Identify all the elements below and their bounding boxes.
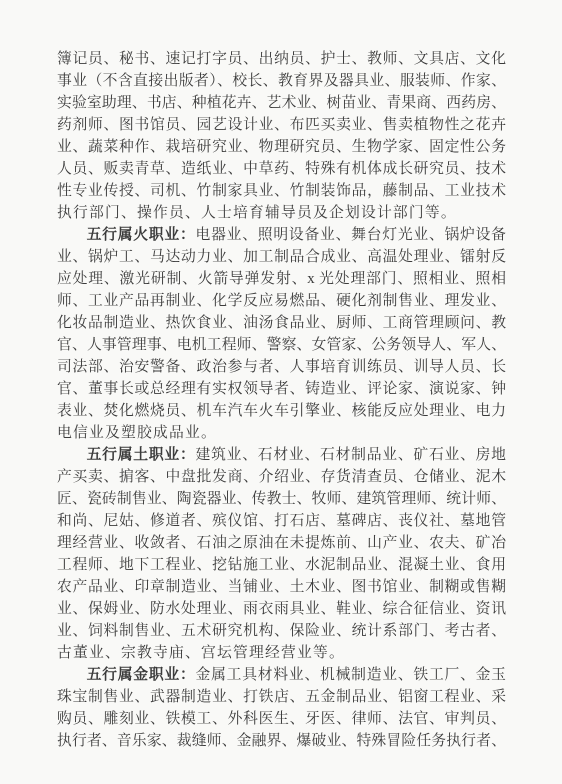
text-line: 理经营业、收敛者、石油之原油在未提炼前、山产业、农夫、矿冶 — [57, 532, 506, 554]
text-line: 业、饲料制售业、五术研究机构、保险业、统计系部门、考古者、 — [57, 620, 506, 642]
line-text: 购员、雕刻业、铁模工、外科医生、牙医、律师、法官、审判员、 — [57, 711, 506, 727]
text-line: 购员、雕刻业、铁模工、外科医生、牙医、律师、法官、审判员、 — [57, 708, 506, 730]
line-text: 和尚、尼姑、修道者、殡仪馆、打石店、墓碑店、丧仪社、墓地管 — [57, 513, 506, 529]
text-line: 官、董事长或总经理有实权领导者、铸造业、评论家、演说家、钟 — [57, 378, 506, 400]
line-text: 建筑业、石材业、石材制品业、矿石业、房地 — [196, 447, 506, 463]
text-line: 五行属金职业：金属工具材料业、机械制造业、铁工厂、金玉 — [57, 664, 506, 686]
line-text: 药剂师、图书馆员、园艺设计业、布匹买卖业、售卖植物性之花卉 — [57, 117, 506, 133]
text-line: 珠宝制售业、武器制造业、打铁店、五金制品业、铝窗工程业、采 — [57, 686, 506, 708]
line-text: 执行部门、操作员、人士培育辅导员及企划设计部门等。 — [57, 205, 457, 221]
line-text: 执行者、音乐家、裁缝师、金融界、爆破业、特殊冒险任务执行者、 — [57, 733, 506, 749]
line-text: 珠宝制售业、武器制造业、打铁店、五金制品业、铝窗工程业、采 — [57, 689, 506, 705]
line-text: 簿记员、秘书、速记打字员、出纳员、护士、教师、文具店、文化 — [57, 51, 506, 67]
text-line: 工程师、地下工程业、挖钻施工业、水泥制品业、混凝土业、食用 — [57, 554, 506, 576]
line-text: 表业、焚化燃烧员、机车汽车火车引擎业、核能反应处理业、电力 — [57, 403, 506, 419]
text-line: 五行属火职业：电器业、照明设备业、舞台灯光业、锅炉设备 — [57, 224, 506, 246]
text-line: 化妆品制造业、热饮食业、油汤食品业、厨师、工商管理顾问、教 — [57, 312, 506, 334]
text-line: 电信业及塑胶成品业。 — [57, 422, 506, 444]
text-line: 师、工业产品再制业、化学反应易燃品、硬化剂制售业、理发业、 — [57, 290, 506, 312]
line-text: 人员、贩卖青草、造纸业、中草药、特殊有机体成长研究员、技术 — [57, 161, 506, 177]
line-text: 农产品业、印章制造业、当铺业、土木业、图书馆业、制糊或售糊 — [57, 579, 506, 595]
line-text: 电信业及塑胶成品业。 — [57, 425, 217, 441]
text-line: 古董业、宗教寺庙、宫坛管理经营业等。 — [57, 642, 506, 664]
line-text: 业、蔬菜种作、栽培研究业、物理研究员、生物学家、固定性公务 — [57, 139, 506, 155]
text-line: 表业、焚化燃烧员、机车汽车火车引擎业、核能反应处理业、电力 — [57, 400, 506, 422]
line-text: 工程师、地下工程业、挖钻施工业、水泥制品业、混凝土业、食用 — [57, 557, 506, 573]
text-line: 匠、瓷砖制售业、陶瓷器业、传教士、牧师、建筑管理师、统计师、 — [57, 488, 506, 510]
line-text: 业、保姆业、防水处理业、雨衣雨具业、鞋业、综合征信业、资讯 — [57, 601, 506, 617]
line-text: 金属工具材料业、机械制造业、铁工厂、金玉 — [196, 667, 506, 683]
text-line: 执行部门、操作员、人士培育辅导员及企划设计部门等。 — [57, 202, 506, 224]
text-line: 五行属土职业：建筑业、石材业、石材制品业、矿石业、房地 — [57, 444, 506, 466]
line-text: 司法部、治安警备、政治参与者、人事培育训练员、训导人员、长 — [57, 359, 506, 375]
line-text: 师、工业产品再制业、化学反应易燃品、硬化剂制售业、理发业、 — [57, 293, 506, 309]
line-text: 业、饲料制售业、五术研究机构、保险业、统计系部门、考古者、 — [57, 623, 506, 639]
section-heading: 五行属火职业： — [87, 227, 196, 243]
text-line: 业、锅炉工、马达动力业、加工制品合成业、高温处理业、镭射反 — [57, 246, 506, 268]
line-text: 化妆品制造业、热饮食业、油汤食品业、厨师、工商管理顾问、教 — [57, 315, 506, 331]
line-text: 理经营业、收敛者、石油之原油在未提炼前、山产业、农夫、矿冶 — [57, 535, 506, 551]
line-text: 性专业传授、司机、竹制家具业、竹制装饰品，藤制品、工业技术 — [57, 183, 506, 199]
line-text: 古董业、宗教寺庙、宫坛管理经营业等。 — [57, 645, 345, 661]
text-line: 性专业传授、司机、竹制家具业、竹制装饰品，藤制品、工业技术 — [57, 180, 506, 202]
line-text: 实验室助理、书店、种植花卉、艺术业、树苗业、青果商、西药房、 — [57, 95, 506, 111]
line-text: 事业（不含直接出版者）、校长、教育界及器具业、服装师、作家、 — [57, 73, 506, 89]
text-line: 司法部、治安警备、政治参与者、人事培育训练员、训导人员、长 — [57, 356, 506, 378]
line-text: 业、锅炉工、马达动力业、加工制品合成业、高温处理业、镭射反 — [57, 249, 506, 265]
text-line: 和尚、尼姑、修道者、殡仪馆、打石店、墓碑店、丧仪社、墓地管 — [57, 510, 506, 532]
text-line: 药剂师、图书馆员、园艺设计业、布匹买卖业、售卖植物性之花卉 — [57, 114, 506, 136]
text-line: 簿记员、秘书、速记打字员、出纳员、护士、教师、文具店、文化 — [57, 48, 506, 70]
line-text: 官、董事长或总经理有实权领导者、铸造业、评论家、演说家、钟 — [57, 381, 506, 397]
document-page: 簿记员、秘书、速记打字员、出纳员、护士、教师、文具店、文化事业（不含直接出版者）… — [0, 0, 562, 784]
text-line: 业、蔬菜种作、栽培研究业、物理研究员、生物学家、固定性公务 — [57, 136, 506, 158]
line-text: 产买卖、掮客、中盘批发商、介绍业、存货清查员、仓储业、泥木 — [57, 469, 506, 485]
text-line: 应处理、激光研制、火箭导弹发射、x 光处理部门、照相业、照相 — [57, 268, 506, 290]
text-line: 人员、贩卖青草、造纸业、中草药、特殊有机体成长研究员、技术 — [57, 158, 506, 180]
text-line: 官、人事管理事、电机工程师、警察、女管家、公务领导人、军人、 — [57, 334, 506, 356]
text-line: 产买卖、掮客、中盘批发商、介绍业、存货清查员、仓储业、泥木 — [57, 466, 506, 488]
section-heading: 五行属土职业： — [87, 447, 196, 463]
text-line: 实验室助理、书店、种植花卉、艺术业、树苗业、青果商、西药房、 — [57, 92, 506, 114]
line-text: 电器业、照明设备业、舞台灯光业、锅炉设备 — [196, 227, 506, 243]
line-text: 应处理、激光研制、火箭导弹发射、x 光处理部门、照相业、照相 — [57, 271, 506, 287]
text-line: 事业（不含直接出版者）、校长、教育界及器具业、服装师、作家、 — [57, 70, 506, 92]
text-line: 业、保姆业、防水处理业、雨衣雨具业、鞋业、综合征信业、资讯 — [57, 598, 506, 620]
line-text: 官、人事管理事、电机工程师、警察、女管家、公务领导人、军人、 — [57, 337, 506, 353]
section-heading: 五行属金职业： — [87, 667, 196, 683]
text-line: 执行者、音乐家、裁缝师、金融界、爆破业、特殊冒险任务执行者、 — [57, 730, 506, 752]
line-text: 匠、瓷砖制售业、陶瓷器业、传教士、牧师、建筑管理师、统计师、 — [57, 491, 506, 507]
text-line: 农产品业、印章制造业、当铺业、土木业、图书馆业、制糊或售糊 — [57, 576, 506, 598]
document-body: 簿记员、秘书、速记打字员、出纳员、护士、教师、文具店、文化事业（不含直接出版者）… — [57, 48, 506, 752]
